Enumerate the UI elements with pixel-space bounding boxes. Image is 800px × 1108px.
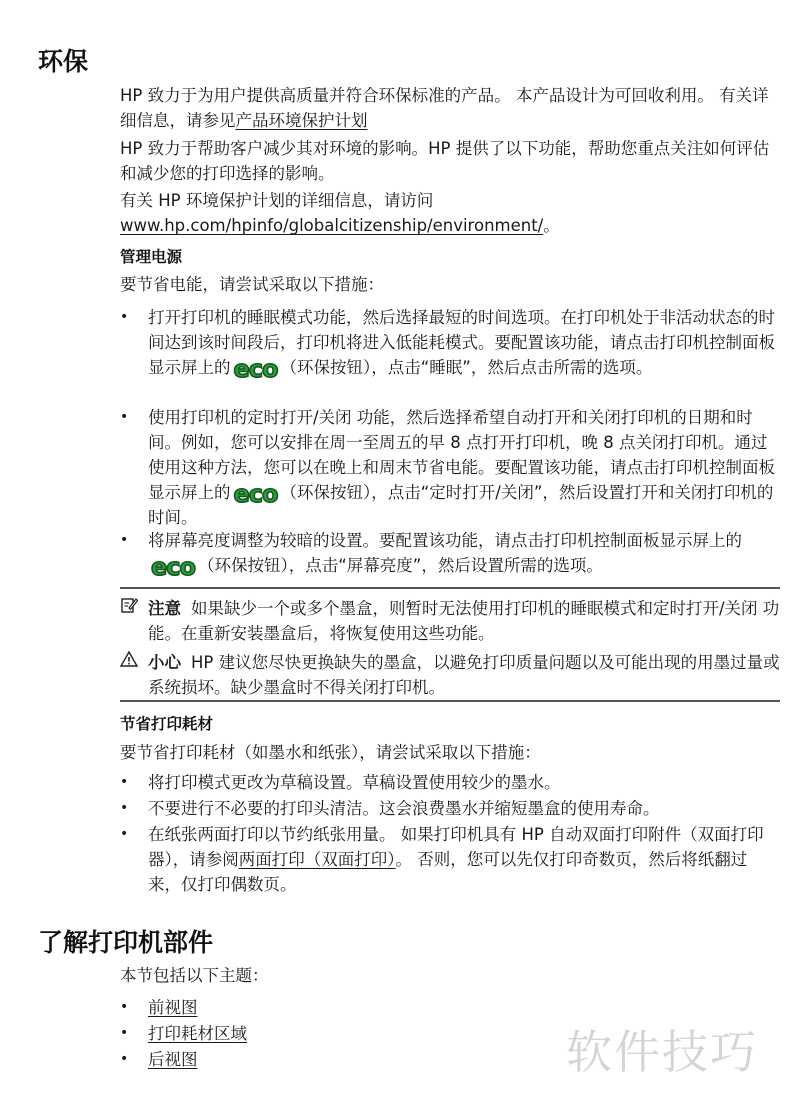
caution-label: 小心 [148,653,181,672]
list-item: • 打开打印机的睡眠模式功能，然后选择最短的时间选项。在打印机处于非活动状态的时… [120,305,780,380]
environment-program-link[interactable]: 产品环境保护计划 [236,111,368,130]
section-title-printer-parts: 了解打印机部件 [38,923,213,959]
bullet-icon: • [120,822,134,847]
list-item: • 在纸张两面打印以节约纸张用量。 如果打印机具有 HP 自动双面打印附件（双面… [120,822,780,897]
caution-content: 小心HP 建议您尽快更换缺失的墨盒，以避免打印质量问题以及可能出现的用墨过量或系… [148,650,780,700]
list-item-text: 使用打印机的定时打开/关闭 功能，然后选择希望自动打开和关闭打印机的日期和时间。… [148,405,780,530]
intro-paragraph: HP 致力于为用户提供高质量并符合环保标准的产品。 本产品设计为可回收利用。 有… [120,83,780,133]
list-item-text: 不要进行不必要的打印头清洁。这会浪费墨水并缩短墨盒的使用寿命。 [148,796,780,821]
front-view-link[interactable]: 前视图 [148,998,198,1017]
list-item-text: 将屏幕亮度调整为较暗的设置。要配置该功能，请点击打印机控制面板显示屏上的eco（… [148,528,780,578]
item-text-after: （环保按钮），点击“睡眠”，然后点击所需的选项。 [281,358,653,377]
watermark: 软件技巧 [566,1016,758,1082]
note-pencil-icon [120,596,140,622]
hp-environment-url-link[interactable]: www.hp.com/hpinfo/globalcitizenship/envi… [120,216,543,235]
eco-button-icon: eco [231,484,281,504]
note-content: 注意如果缺少一个或多个墨盒，则暂时无法使用打印机的睡眠模式和定时打开/关闭 功能… [148,596,780,646]
caution-text: HP 建议您尽快更换缺失的墨盒，以避免打印质量问题以及可能出现的用墨过量或系统损… [148,653,780,697]
note-text: 如果缺少一个或多个墨盒，则暂时无法使用打印机的睡眠模式和定时打开/关闭 功能。在… [148,599,779,643]
note-label: 注意 [148,599,181,618]
supplies-heading: 节省打印耗材 [120,712,213,734]
bullet-icon: • [120,405,134,430]
impact-paragraph: HP 致力于帮助客户减少其对环境的影响。HP 提供了以下功能，帮助您重点关注如何… [120,136,780,186]
item-text-before: 将屏幕亮度调整为较暗的设置。要配置该功能，请点击打印机控制面板显示屏上的 [148,531,742,550]
visit-paragraph: 有关 HP 环境保护计划的详细信息，请访问 www.hp.com/hpinfo/… [120,188,780,238]
divider [120,587,780,589]
bullet-icon: • [120,796,134,821]
power-heading: 管理电源 [120,245,182,267]
bullet-icon: • [120,770,134,795]
list-item: • 不要进行不必要的打印头清洁。这会浪费墨水并缩短墨盒的使用寿命。 [120,796,780,821]
item-text-after: （环保按钮），点击“屏幕亮度”，然后设置所需的选项。 [198,556,603,575]
power-intro: 要节省电能，请尝试采取以下措施： [120,272,780,297]
bullet-icon: • [120,995,134,1020]
duplex-printing-link[interactable]: 两面打印（双面打印） [239,850,396,869]
list-item: • 使用打印机的定时打开/关闭 功能，然后选择希望自动打开和关闭打印机的日期和时… [120,405,780,530]
list-item-text: 在纸张两面打印以节约纸张用量。 如果打印机具有 HP 自动双面打印附件（双面打印… [148,822,780,897]
bullet-icon: • [120,1021,134,1046]
bullet-icon: • [120,528,134,553]
warning-triangle-icon [120,650,140,676]
bullet-icon: • [120,1047,134,1072]
visit-period: 。 [543,216,560,235]
section-title-environment: 环保 [38,42,88,78]
topics-intro: 本节包括以下主题： [120,963,780,988]
note-box: 注意如果缺少一个或多个墨盒，则暂时无法使用打印机的睡眠模式和定时打开/关闭 功能… [120,596,780,646]
caution-box: 小心HP 建议您尽快更换缺失的墨盒，以避免打印质量问题以及可能出现的用墨过量或系… [120,650,780,700]
eco-button-icon: eco [148,557,198,577]
supplies-area-link[interactable]: 打印耗材区域 [148,1024,247,1043]
intro-text: HP 致力于为用户提供高质量并符合环保标准的产品。 本产品设计为可回收利用。 有… [120,86,769,130]
supplies-intro: 要节省打印耗材（如墨水和纸张），请尝试采取以下措施： [120,740,780,765]
back-view-link[interactable]: 后视图 [148,1050,198,1069]
list-item-text: 打开打印机的睡眠模式功能，然后选择最短的时间选项。在打印机处于非活动状态的时间达… [148,305,780,380]
list-item: • 将打印模式更改为草稿设置。草稿设置使用较少的墨水。 [120,770,780,795]
list-item: • 将屏幕亮度调整为较暗的设置。要配置该功能，请点击打印机控制面板显示屏上的ec… [120,528,780,578]
list-item-text: 将打印模式更改为草稿设置。草稿设置使用较少的墨水。 [148,770,780,795]
bullet-icon: • [120,305,134,330]
eco-button-icon: eco [231,359,281,379]
visit-text: 有关 HP 环境保护计划的详细信息，请访问 [120,191,433,210]
divider [120,700,780,702]
